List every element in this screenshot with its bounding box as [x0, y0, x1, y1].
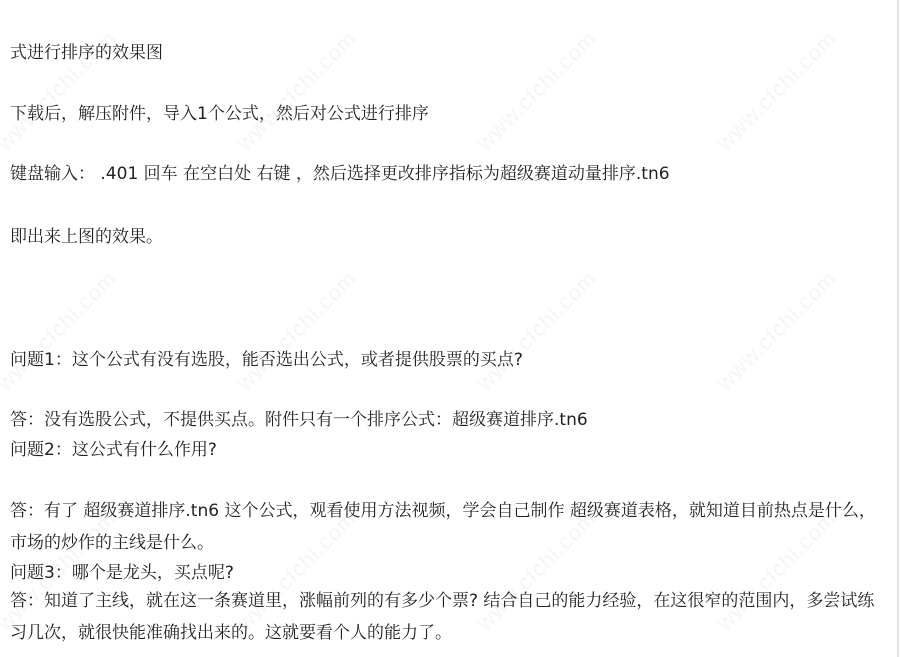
- watermark: www.cfchi.com: [0, 266, 122, 396]
- text-line-download-instructions: 下载后，解压附件，导入1个公式，然后对公式进行排序: [10, 103, 429, 125]
- question-2: 问题2：这公式有什么作用?: [10, 439, 217, 461]
- watermark: www.cfchi.com: [472, 26, 602, 156]
- answer-2: 答：有了 超级赛道排序.tn6 这个公式，观看使用方法视频，学会自己制作 超级赛…: [10, 495, 880, 559]
- watermark: www.cfchi.com: [232, 26, 362, 156]
- watermark: www.cfchi.com: [472, 266, 602, 396]
- text-line-result: 即出来上图的效果。: [10, 226, 163, 248]
- article-page: www.cfchi.com www.cfchi.com www.cfchi.co…: [0, 0, 899, 657]
- watermark: www.cfchi.com: [712, 266, 842, 396]
- question-1: 问题1：这个公式有没有选股，能否选出公式，或者提供股票的买点?: [10, 349, 523, 371]
- watermark: www.cfchi.com: [712, 26, 842, 156]
- answer-3: 答：知道了主线，就在这一条赛道里，涨幅前列的有多少个票? 结合自己的能力经验，在…: [10, 585, 880, 649]
- text-line-effect-heading: 式进行排序的效果图: [10, 42, 163, 64]
- text-line-keyboard-input: 键盘输入： .401 回车 在空白处 右键 ，然后选择更改排序指标为超级赛道动量…: [10, 163, 670, 185]
- answer-1: 答：没有选股公式，不提供买点。附件只有一个排序公式：超级赛道排序.tn6: [10, 409, 588, 431]
- watermark: www.cfchi.com: [232, 266, 362, 396]
- question-3: 问题3：哪个是龙头，买点呢?: [10, 562, 234, 584]
